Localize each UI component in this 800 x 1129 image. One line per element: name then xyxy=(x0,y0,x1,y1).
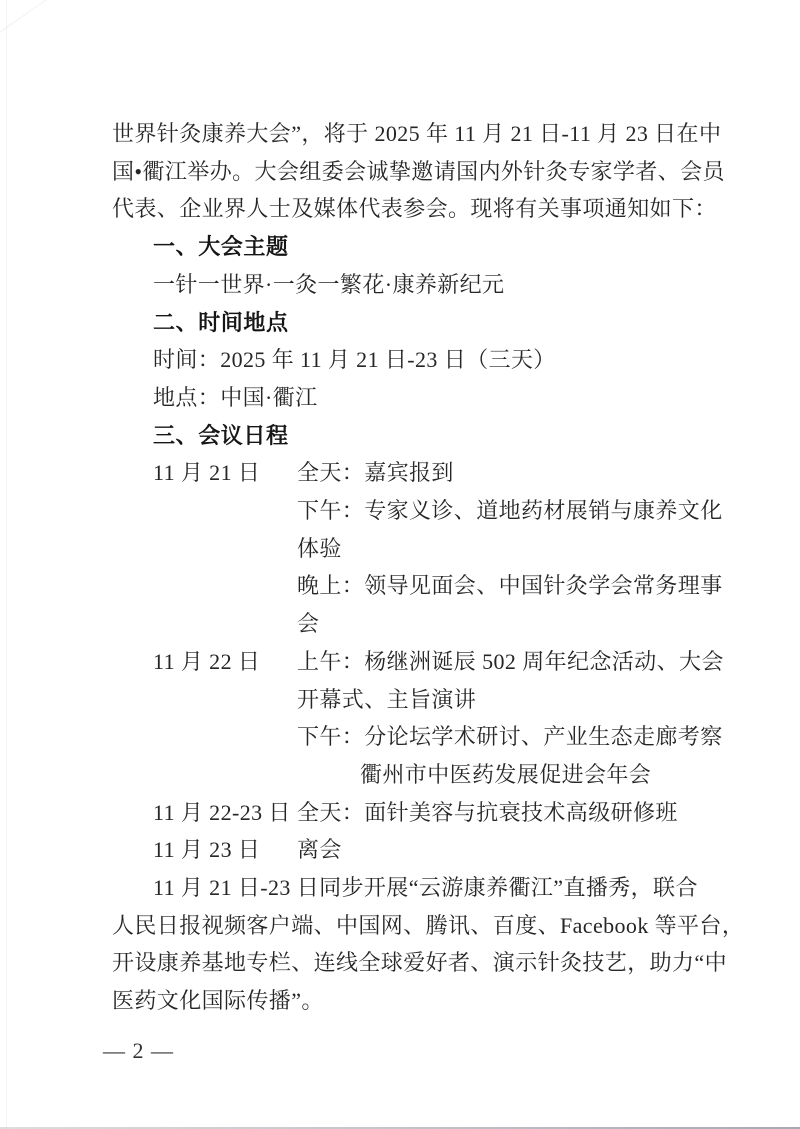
section-heading-time-place: 二、时间地点 xyxy=(112,304,710,342)
schedule-activity-line: 下午：专家义诊、道地药材展销与康养文化 xyxy=(297,492,723,530)
intro-line: 代表、企业界人士及媒体代表参会。现将有关事项通知如下： xyxy=(112,190,710,228)
schedule-activity-line: 体验 xyxy=(297,530,723,568)
schedule-activity-line: 衢州市中医药发展促进会年会 xyxy=(297,756,724,794)
schedule-activity-line: 全天：面针美容与抗衰技术高级研修班 xyxy=(297,794,678,832)
schedule-activity-line: 离会 xyxy=(297,831,342,869)
place-line: 地点：中国·衢江 xyxy=(112,379,710,417)
schedule-row: 11 月 22-23 日 全天：面针美容与抗衰技术高级研修班 xyxy=(112,794,710,832)
scanned-document-page: 世界针灸康养大会”，将于 2025 年 11 月 21 日-11 月 23 日在… xyxy=(0,0,800,1129)
schedule-row: 11 月 22 日 上午：杨继洲诞辰 502 周年纪念活动、大会 开幕式、主旨演… xyxy=(112,643,710,794)
schedule-activity-line: 晚上：领导见面会、中国针灸学会常务理事 xyxy=(297,567,723,605)
scan-corner-artifact xyxy=(0,0,63,37)
page-number: — 2 — xyxy=(103,1032,174,1070)
section-heading-agenda: 三、会议日程 xyxy=(112,417,710,455)
schedule-activity-line: 上午：杨继洲诞辰 502 周年纪念活动、大会 xyxy=(297,643,724,681)
outro-line: 医药文化国际传播”。 xyxy=(112,982,710,1020)
outro-line: 开设康养基地专栏、连线全球爱好者、演示针灸技艺，助力“中 xyxy=(112,944,710,982)
schedule-activities: 全天：面针美容与抗衰技术高级研修班 xyxy=(297,794,678,832)
theme-line: 一针一世界·一灸一繁花·康养新纪元 xyxy=(112,266,710,304)
schedule-date: 11 月 23 日 xyxy=(153,831,297,869)
outro-line: 人民日报视频客户端、中国网、腾讯、百度、Facebook 等平台， xyxy=(112,907,710,945)
schedule-activity-line: 全天：嘉宾报到 xyxy=(297,454,723,492)
intro-line: 世界针灸康养大会”，将于 2025 年 11 月 21 日-11 月 23 日在… xyxy=(112,115,710,153)
scan-left-edge-artifact xyxy=(6,0,7,1129)
document-body: 世界针灸康养大会”，将于 2025 年 11 月 21 日-11 月 23 日在… xyxy=(112,115,710,1020)
schedule-row: 11 月 23 日 离会 xyxy=(112,831,710,869)
section-heading-theme: 一、大会主题 xyxy=(112,228,710,266)
outro-line: 11 月 21 日-23 日同步开展“云游康养衢江”直播秀，联合 xyxy=(112,869,710,907)
schedule-date: 11 月 22-23 日 xyxy=(153,794,297,832)
schedule-activity-line: 下午：分论坛学术研讨、产业生态走廊考察 xyxy=(297,718,724,756)
schedule-date: 11 月 22 日 xyxy=(153,643,297,681)
schedule-row: 11 月 21 日 全天：嘉宾报到 下午：专家义诊、道地药材展销与康养文化 体验… xyxy=(112,454,710,643)
schedule-activities: 离会 xyxy=(297,831,342,869)
time-line: 时间：2025 年 11 月 21 日-23 日（三天） xyxy=(112,341,710,379)
schedule-date: 11 月 21 日 xyxy=(153,454,297,492)
schedule-activities: 上午：杨继洲诞辰 502 周年纪念活动、大会 开幕式、主旨演讲 下午：分论坛学术… xyxy=(297,643,724,794)
schedule-activity-line: 会 xyxy=(297,605,723,643)
intro-line: 国•衢江举办。大会组委会诚挚邀请国内外针灸专家学者、会员 xyxy=(112,153,710,191)
schedule-activities: 全天：嘉宾报到 下午：专家义诊、道地药材展销与康养文化 体验 晚上：领导见面会、… xyxy=(297,454,723,643)
schedule-activity-line: 开幕式、主旨演讲 xyxy=(297,681,724,719)
